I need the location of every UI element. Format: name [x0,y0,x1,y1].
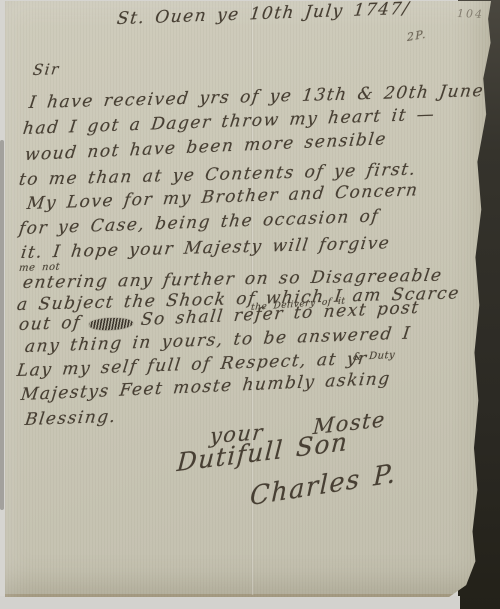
scribbled-out-word [89,317,134,331]
docket-mark: 2P. [407,27,427,44]
scanner-bed [0,596,460,609]
letter-page: St. Ouen ye 10th July 1747/ 104 2P. Sir … [5,1,493,597]
salutation: Sir [32,60,61,79]
page-gutter-shadow [0,140,4,510]
dateline: St. Ouen ye 10th July 1747/ [116,0,411,29]
manuscript-photo: St. Ouen ye 10th July 1747/ 104 2P. Sir … [0,0,500,609]
folio-number: 104 [457,7,484,21]
body-line: it. I hope your Majesty will forgive [20,233,392,263]
signature: Charles P. [249,459,397,513]
body-line: Blessing. [24,407,118,430]
body-line: out of [18,313,82,335]
